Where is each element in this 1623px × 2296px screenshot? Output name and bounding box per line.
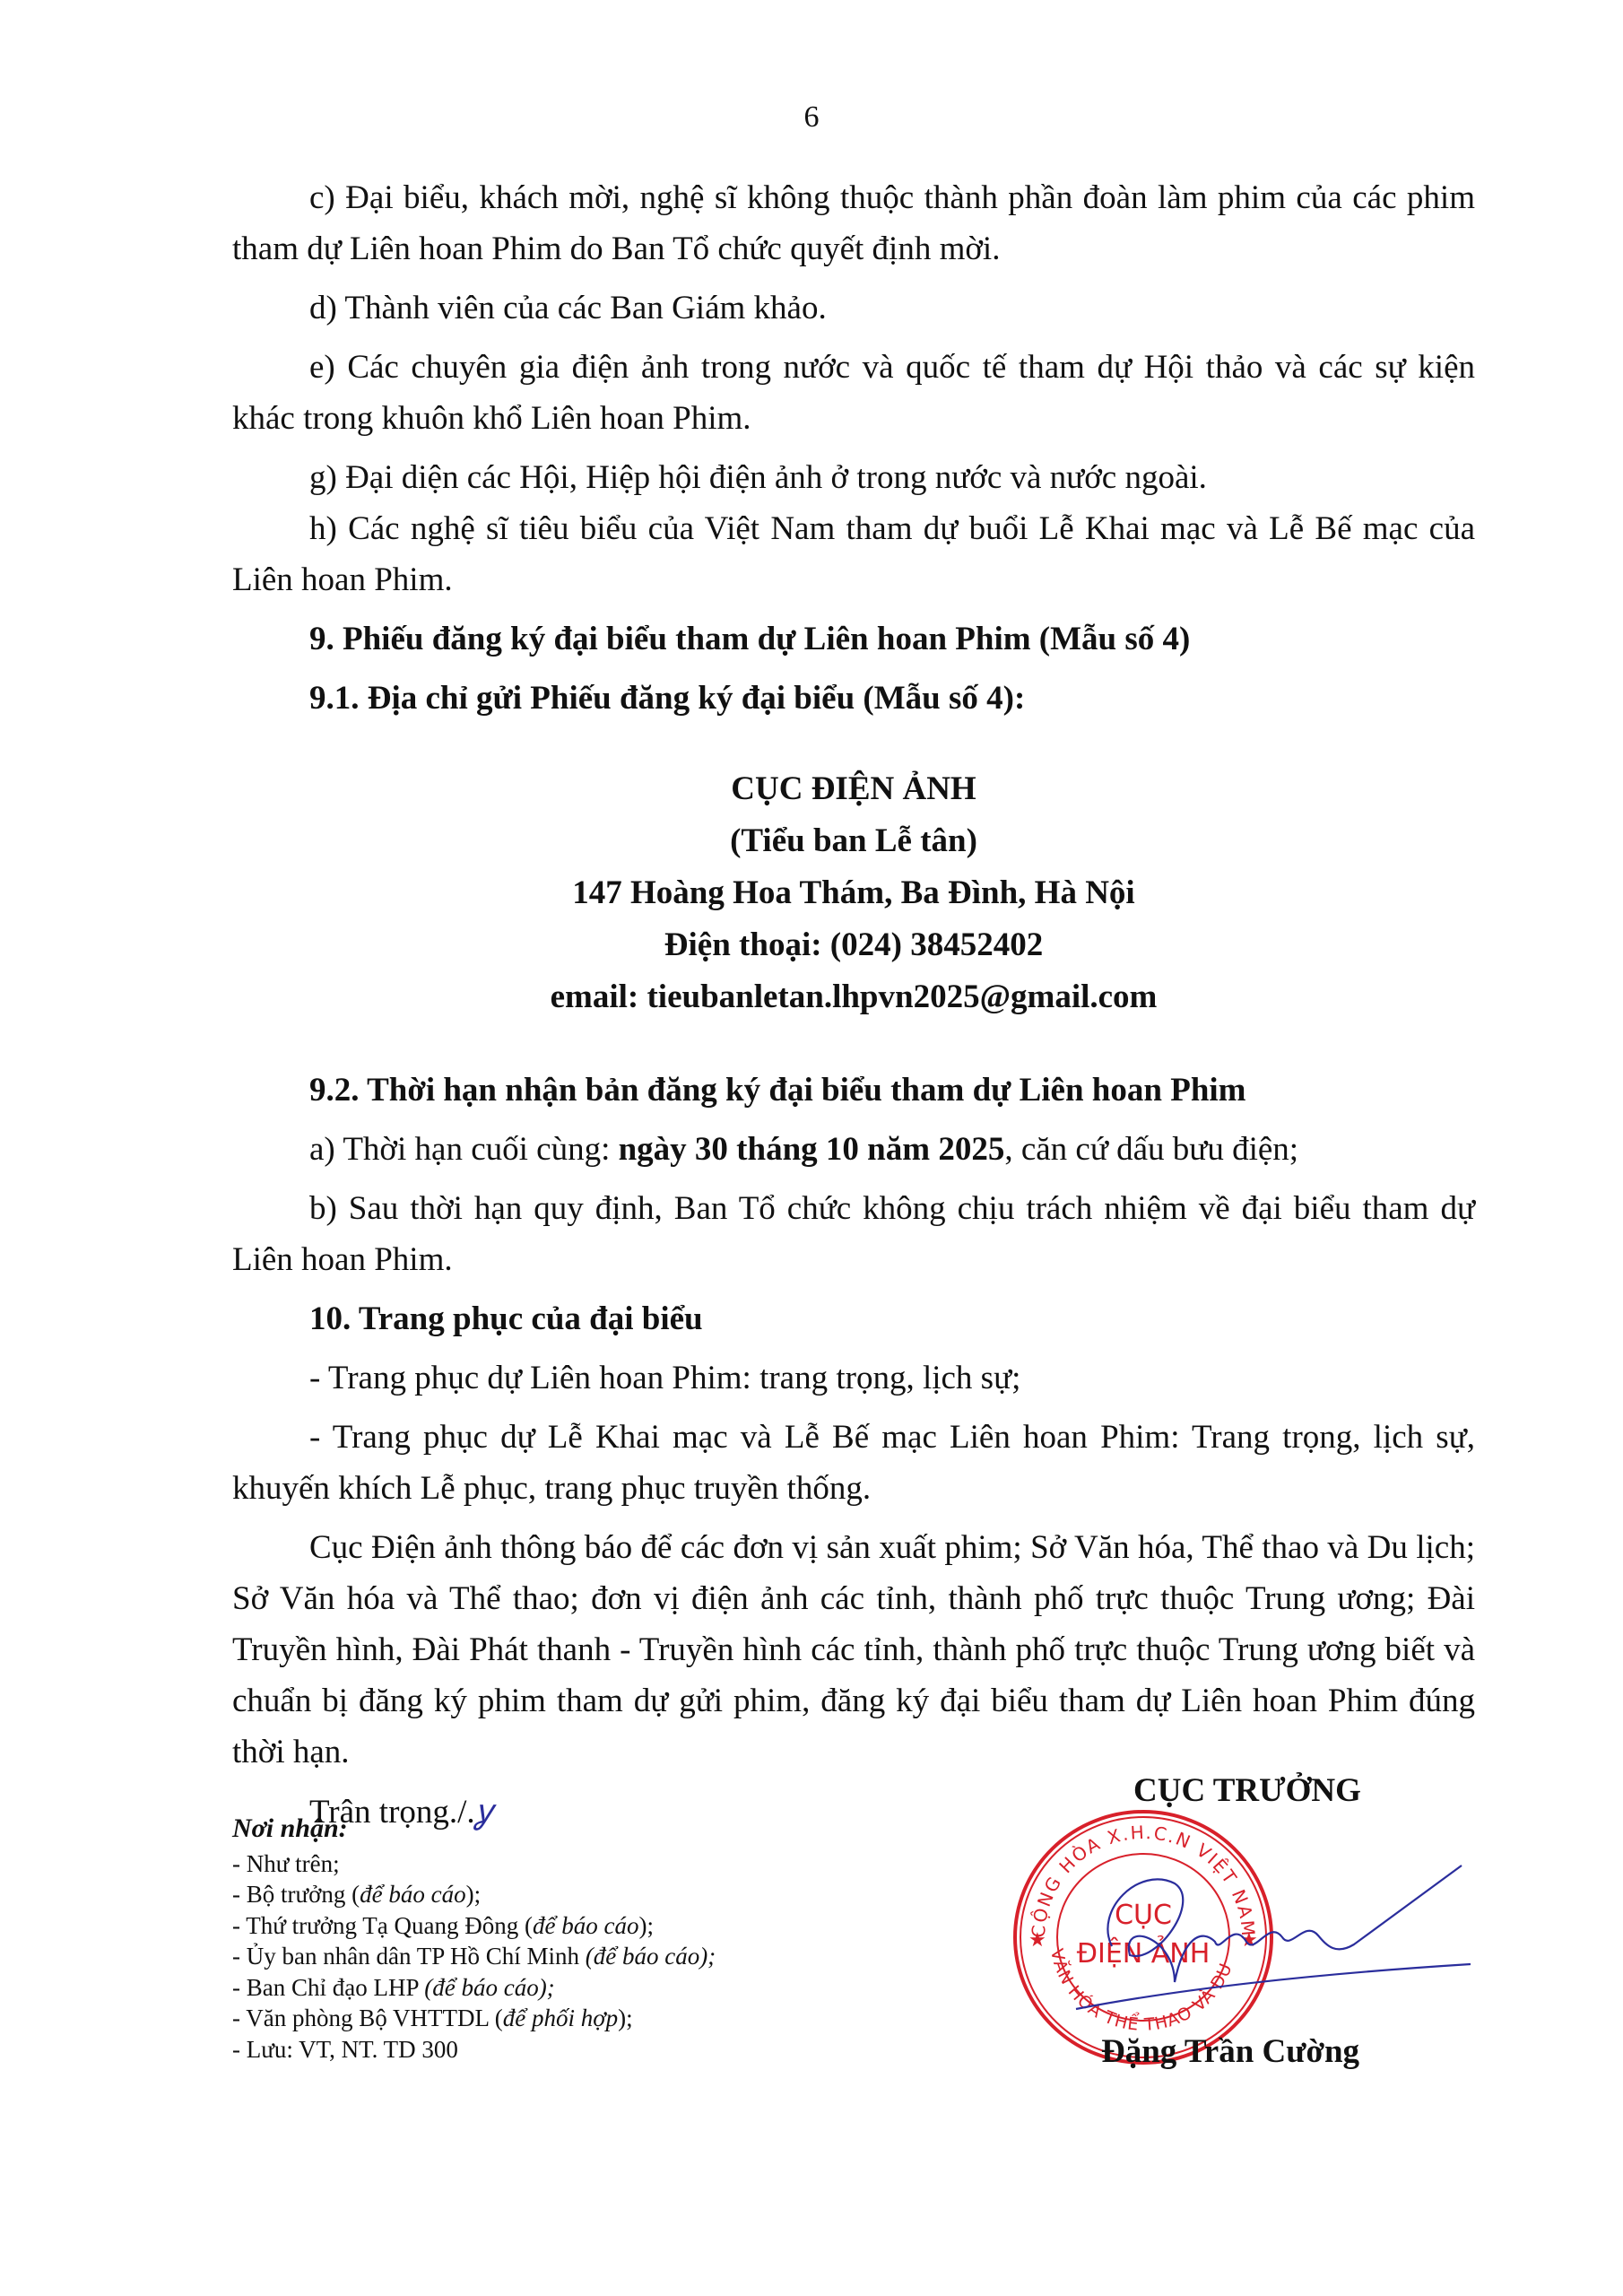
dress-item-2: - Trang phục dự Lễ Khai mạc và Lễ Bế mạc… [232, 1412, 1475, 1514]
deadline-suffix: , căn cứ dấu bưu điện; [1004, 1131, 1298, 1168]
paragraph-e: e) Các chuyên gia điện ảnh trong nước và… [232, 342, 1475, 444]
address-unit: (Tiểu ban Lễ tân) [232, 815, 1475, 867]
deadline-date: ngày 30 tháng 10 năm 2025 [619, 1131, 1005, 1168]
recipient-item: - Ủy ban nhân dân TP Hồ Chí Minh (để báo… [232, 1941, 716, 1972]
section-10-heading: 10. Trang phục của đại biểu [232, 1293, 1475, 1344]
svg-text:★: ★ [1028, 1928, 1046, 1951]
handwritten-signature-icon [1058, 1830, 1471, 2027]
after-deadline-paragraph: b) Sau thời hạn quy định, Ban Tổ chức kh… [232, 1183, 1475, 1285]
paragraph-g: g) Đại diện các Hội, Hiệp hội điện ảnh ở… [232, 452, 1475, 503]
section-9-heading: 9. Phiếu đăng ký đại biểu tham dự Liên h… [232, 613, 1475, 665]
recipient-item: - Như trên; [232, 1848, 716, 1880]
address-block: CỤC ĐIỆN ẢNH (Tiểu ban Lễ tân) 147 Hoàng… [232, 763, 1475, 1023]
section-9-2-heading: 9.2. Thời hạn nhận bản đăng ký đại biểu … [232, 1065, 1475, 1116]
recipient-item: - Ban Chỉ đạo LHP (để báo cáo); [232, 1972, 716, 2004]
document-page: 6 c) Đại biểu, khách mời, nghệ sĩ không … [0, 0, 1623, 2296]
paragraph-c: c) Đại biểu, khách mời, nghệ sĩ không th… [232, 172, 1475, 274]
recipient-item: - Lưu: VT, NT. TD 300 [232, 2034, 716, 2066]
recipient-item: - Thứ trưởng Tạ Quang Đông (để báo cáo); [232, 1910, 716, 1942]
dress-item-1: - Trang phục dự Liên hoan Phim: trang tr… [232, 1352, 1475, 1404]
recipients-title: Nơi nhận: [232, 1813, 716, 1845]
signer-name: Đặng Trần Cường [1101, 2032, 1359, 2071]
page-number: 6 [0, 100, 1623, 135]
deadline-prefix: a) Thời hạn cuối cùng: [309, 1131, 619, 1168]
deadline-paragraph: a) Thời hạn cuối cùng: ngày 30 tháng 10 … [232, 1124, 1475, 1175]
paragraph-d: d) Thành viên của các Ban Giám khảo. [232, 283, 1475, 334]
section-9-1-heading: 9.1. Địa chỉ gửi Phiếu đăng ký đại biểu … [232, 673, 1475, 724]
paragraph-h: h) Các nghệ sĩ tiêu biểu của Việt Nam th… [232, 503, 1475, 605]
recipient-item: - Bộ trưởng (để báo cáo); [232, 1879, 716, 1910]
recipient-item: - Văn phòng Bộ VHTTDL (để phối hợp); [232, 2003, 716, 2034]
recipients-list: Nơi nhận: - Như trên; - Bộ trưởng (để bá… [232, 1813, 716, 2065]
address-phone: Điện thoại: (024) 38452402 [232, 919, 1475, 971]
document-body: c) Đại biểu, khách mời, nghệ sĩ không th… [232, 172, 1475, 1846]
address-street: 147 Hoàng Hoa Thám, Ba Đình, Hà Nội [232, 867, 1475, 919]
address-email: email: tieubanletan.lhpvn2025@gmail.com [232, 971, 1475, 1023]
address-org: CỤC ĐIỆN ẢNH [232, 763, 1475, 815]
closing-notice: Cục Điện ảnh thông báo để các đơn vị sản… [232, 1522, 1475, 1778]
